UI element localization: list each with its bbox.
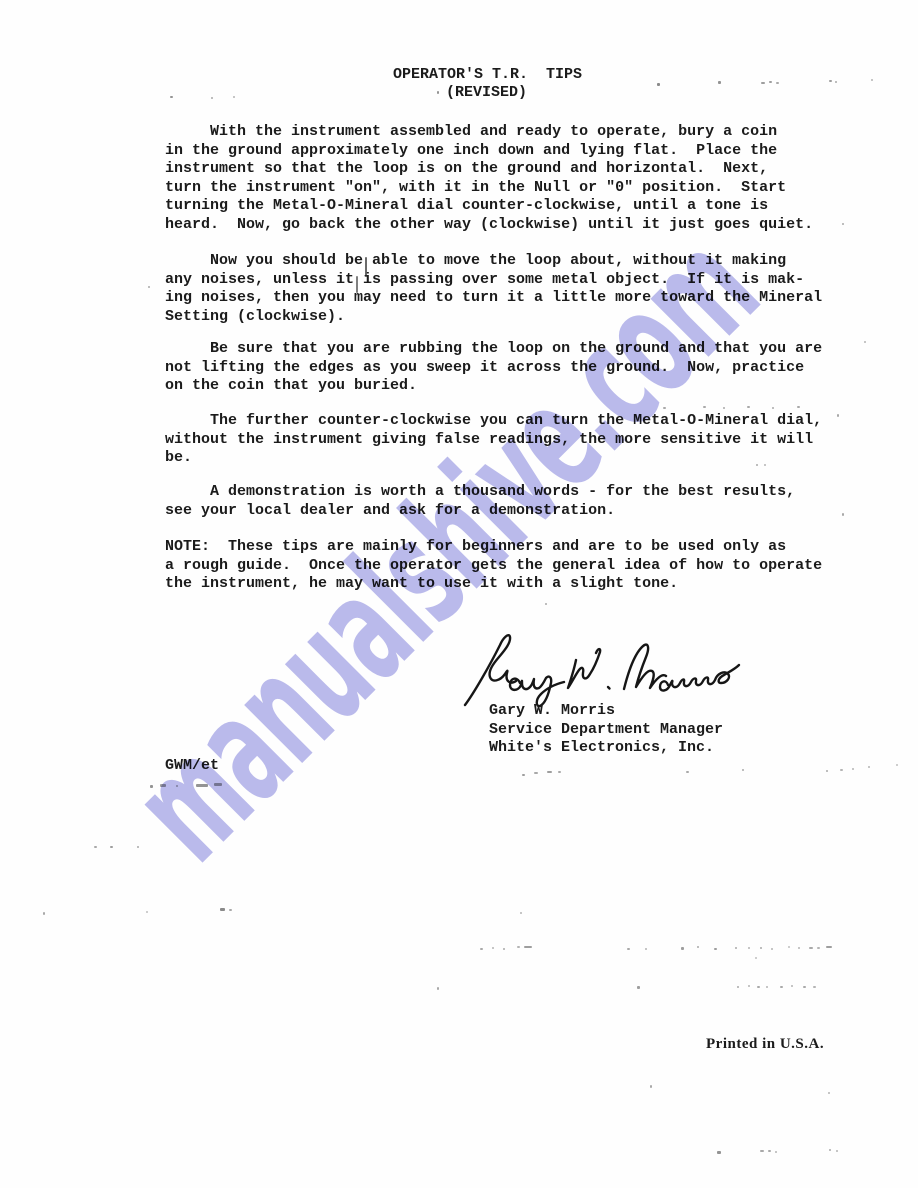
scan-artifact xyxy=(717,1151,721,1154)
scan-artifact xyxy=(356,276,358,293)
scan-artifact xyxy=(94,846,97,848)
scan-artifact xyxy=(737,986,739,988)
scan-artifact xyxy=(160,784,166,787)
scan-artifact xyxy=(146,911,148,913)
scan-artifact xyxy=(437,91,439,94)
scan-artifact xyxy=(520,912,522,914)
scan-artifact xyxy=(43,912,45,915)
signature-typed-block: Gary W. Morris Service Department Manage… xyxy=(489,702,723,758)
scan-artifact xyxy=(522,774,525,776)
scan-artifact xyxy=(534,772,538,774)
scan-artifact xyxy=(817,947,820,949)
printed-in-usa-label: Printed in U.S.A. xyxy=(706,1036,824,1053)
scan-artifact xyxy=(768,1150,771,1152)
scan-artifact xyxy=(813,986,816,988)
scan-artifact xyxy=(826,946,832,948)
scan-artifact xyxy=(760,1150,764,1152)
paragraph-4: The further counter-clockwise you can tu… xyxy=(165,412,822,468)
scan-artifact xyxy=(150,785,153,788)
scan-artifact xyxy=(517,946,520,948)
scan-artifact xyxy=(776,82,779,84)
scan-artifact xyxy=(545,603,547,605)
scan-artifact xyxy=(840,769,843,771)
scan-artifact xyxy=(645,948,647,950)
scan-artifact xyxy=(524,946,532,948)
scan-artifact xyxy=(547,771,552,773)
scan-artifact xyxy=(686,771,689,773)
scanned-document-page: manualshive.com OPERATOR'S T.R. TIPS (RE… xyxy=(0,0,918,1188)
scan-artifact xyxy=(697,946,699,948)
scan-artifact xyxy=(837,414,839,417)
typist-initials: GWM/et xyxy=(165,757,219,776)
scan-artifact xyxy=(871,79,873,81)
scan-artifact xyxy=(558,771,561,773)
scan-artifact xyxy=(214,783,222,786)
scan-artifact xyxy=(788,946,790,948)
scan-artifact xyxy=(170,96,173,98)
scan-artifact xyxy=(650,1085,652,1088)
scan-artifact xyxy=(627,948,630,950)
scan-artifact xyxy=(829,1149,831,1151)
scan-artifact xyxy=(828,1092,830,1094)
scan-artifact xyxy=(657,83,660,86)
paragraph-2: Now you should be able to move the loop … xyxy=(165,252,822,326)
scan-artifact xyxy=(842,223,844,225)
scan-artifact xyxy=(137,846,139,848)
scan-artifact xyxy=(835,81,837,83)
scan-artifact xyxy=(365,257,367,277)
scan-artifact xyxy=(748,985,750,987)
scan-artifact xyxy=(772,407,774,409)
scan-artifact xyxy=(748,947,750,949)
scan-artifact xyxy=(852,768,854,770)
scan-artifact xyxy=(723,407,725,409)
scan-artifact xyxy=(503,948,505,950)
scan-artifact xyxy=(148,286,150,288)
scan-artifact xyxy=(769,81,772,83)
scan-artifact xyxy=(760,947,762,949)
scan-artifact xyxy=(829,80,832,82)
scan-artifact xyxy=(771,948,773,950)
scan-artifact xyxy=(487,88,489,90)
scan-artifact xyxy=(842,513,844,516)
scan-artifact xyxy=(703,406,706,408)
scan-artifact xyxy=(233,96,235,98)
scan-artifact xyxy=(110,846,113,848)
scan-artifact xyxy=(757,986,760,988)
document-title: OPERATOR'S T.R. TIPS xyxy=(393,66,582,85)
note-paragraph: NOTE: These tips are mainly for beginner… xyxy=(165,538,822,594)
scan-artifact xyxy=(766,986,768,988)
scan-artifact xyxy=(755,957,757,959)
scan-artifact xyxy=(437,987,439,990)
scan-artifact xyxy=(220,908,225,911)
scan-artifact xyxy=(764,464,766,466)
scan-artifact xyxy=(836,1150,838,1152)
scan-artifact xyxy=(797,406,800,408)
scan-artifact xyxy=(229,909,232,911)
scan-artifact xyxy=(742,769,744,771)
scan-artifact xyxy=(809,947,813,949)
scan-artifact xyxy=(681,947,684,950)
paragraph-1: With the instrument assembled and ready … xyxy=(165,123,813,235)
scan-artifact xyxy=(211,97,213,99)
scan-artifact xyxy=(637,986,640,989)
paragraph-3: Be sure that you are rubbing the loop on… xyxy=(165,340,822,396)
scan-artifact xyxy=(714,948,717,950)
scan-artifact xyxy=(756,464,758,466)
scan-artifact xyxy=(803,986,806,988)
handwritten-signature xyxy=(452,627,752,712)
scan-artifact xyxy=(780,986,783,988)
scan-artifact xyxy=(735,947,737,949)
scan-artifact xyxy=(718,81,721,84)
scan-artifact xyxy=(492,947,494,949)
scan-artifact xyxy=(896,764,898,766)
scan-artifact xyxy=(868,766,870,768)
scan-artifact xyxy=(480,948,483,950)
scan-artifact xyxy=(864,341,866,343)
scan-artifact xyxy=(663,407,666,409)
scan-artifact xyxy=(176,785,178,787)
scan-artifact xyxy=(747,406,750,408)
document-subtitle: (REVISED) xyxy=(446,84,527,103)
scan-artifact xyxy=(196,784,208,787)
scan-artifact xyxy=(826,770,828,772)
scan-artifact xyxy=(791,985,793,987)
paragraph-5: A demonstration is worth a thousand word… xyxy=(165,483,795,520)
scan-artifact xyxy=(798,947,800,949)
scan-artifact xyxy=(761,82,765,84)
scan-artifact xyxy=(775,1151,777,1153)
